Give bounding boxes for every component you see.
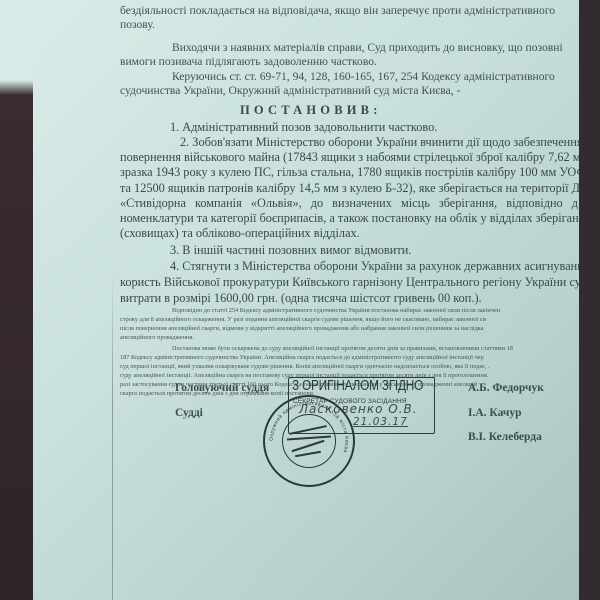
seal-scribble — [289, 425, 327, 435]
judge-name: В.І. Келеберда — [468, 431, 542, 443]
resolution-line: користь Військової прокуратури Київськог… — [120, 274, 578, 290]
resolution-line: номенклатури та категорії боєприпасів, а… — [120, 210, 578, 226]
resolution-line: та 12500 ящиків патронів калібру 14,5 мм… — [120, 180, 578, 196]
resolution-heading: ПОСТАНОВИВ: — [240, 103, 382, 118]
stamp-title: З ОРИГІНАЛОМ ЗГІДНО — [292, 378, 423, 394]
judges-label: Судді — [175, 407, 203, 419]
resolution-line: «Стивідорна компанія «Ольвія», до визнач… — [120, 195, 578, 211]
resolution-item-2: 2. Зобов'язати Міністерство оборони Укра… — [180, 134, 578, 150]
resolution-line: повернення військового майна (17843 ящик… — [120, 149, 578, 165]
seal-inner-ring — [282, 414, 336, 468]
presiding-judge-name: А.Б. Федорчук — [468, 382, 544, 394]
seal-scribble — [295, 451, 321, 457]
fine-print-line: суд першої інстанції, який ухвалив оскар… — [120, 362, 490, 371]
stamp-handwritten-date: 21.03.17 — [353, 416, 408, 428]
presiding-judge-label: Головуючий суддя — [175, 382, 269, 394]
fine-print-line: Відповідно до статті 254 Кодексу адмініс… — [172, 306, 500, 315]
resolution-item-1: 1. Адміністративний позов задовольнити ч… — [170, 119, 437, 135]
intro-line: вимоги позивача підлягають задоволенню ч… — [120, 55, 377, 69]
intro-line: Керуючись ст. ст. 69-71, 94, 128, 160-16… — [172, 70, 555, 84]
document-page: бездіяльності покладається на відповідач… — [33, 0, 579, 600]
intro-line: судочинства України, Окружний адміністра… — [120, 84, 460, 98]
resolution-line: зразка 1943 року з кулею ПС, гільза стал… — [120, 164, 578, 180]
resolution-line: витрати в розмірі 1600,00 грн. (одна тис… — [120, 290, 482, 306]
intro-line: Виходячи з наявних матеріалів справи, Су… — [172, 41, 563, 55]
fine-print-line: апеляційного провадження. — [120, 333, 194, 342]
page-crease — [112, 270, 113, 600]
intro-line: бездіяльності покладається на відповідач… — [120, 4, 555, 18]
judge-name: І.А. Качур — [468, 407, 522, 419]
intro-line: позову. — [120, 18, 155, 32]
background-surface-right — [578, 0, 600, 600]
fine-print-line: після повернення апеляційної скарги, від… — [120, 324, 484, 333]
seal-scribble — [287, 435, 331, 440]
fine-print-line: Постанова може бути оскаржена до суду ап… — [172, 344, 513, 353]
resolution-item-3: 3. В іншій частині позовних вимог відмов… — [170, 242, 411, 258]
court-seal-icon: Окружний адміністративний суд міста Києв… — [263, 395, 355, 487]
resolution-item-4: 4. Стягнути з Міністерства оборони Украї… — [170, 258, 578, 274]
fine-print-line: 187 Кодексу адміністративного судочинств… — [120, 353, 484, 362]
resolution-line: (сховищах) та обліково-операційних відді… — [120, 225, 360, 241]
fine-print-line: строку для її апеляційного оскарження. У… — [120, 315, 486, 324]
